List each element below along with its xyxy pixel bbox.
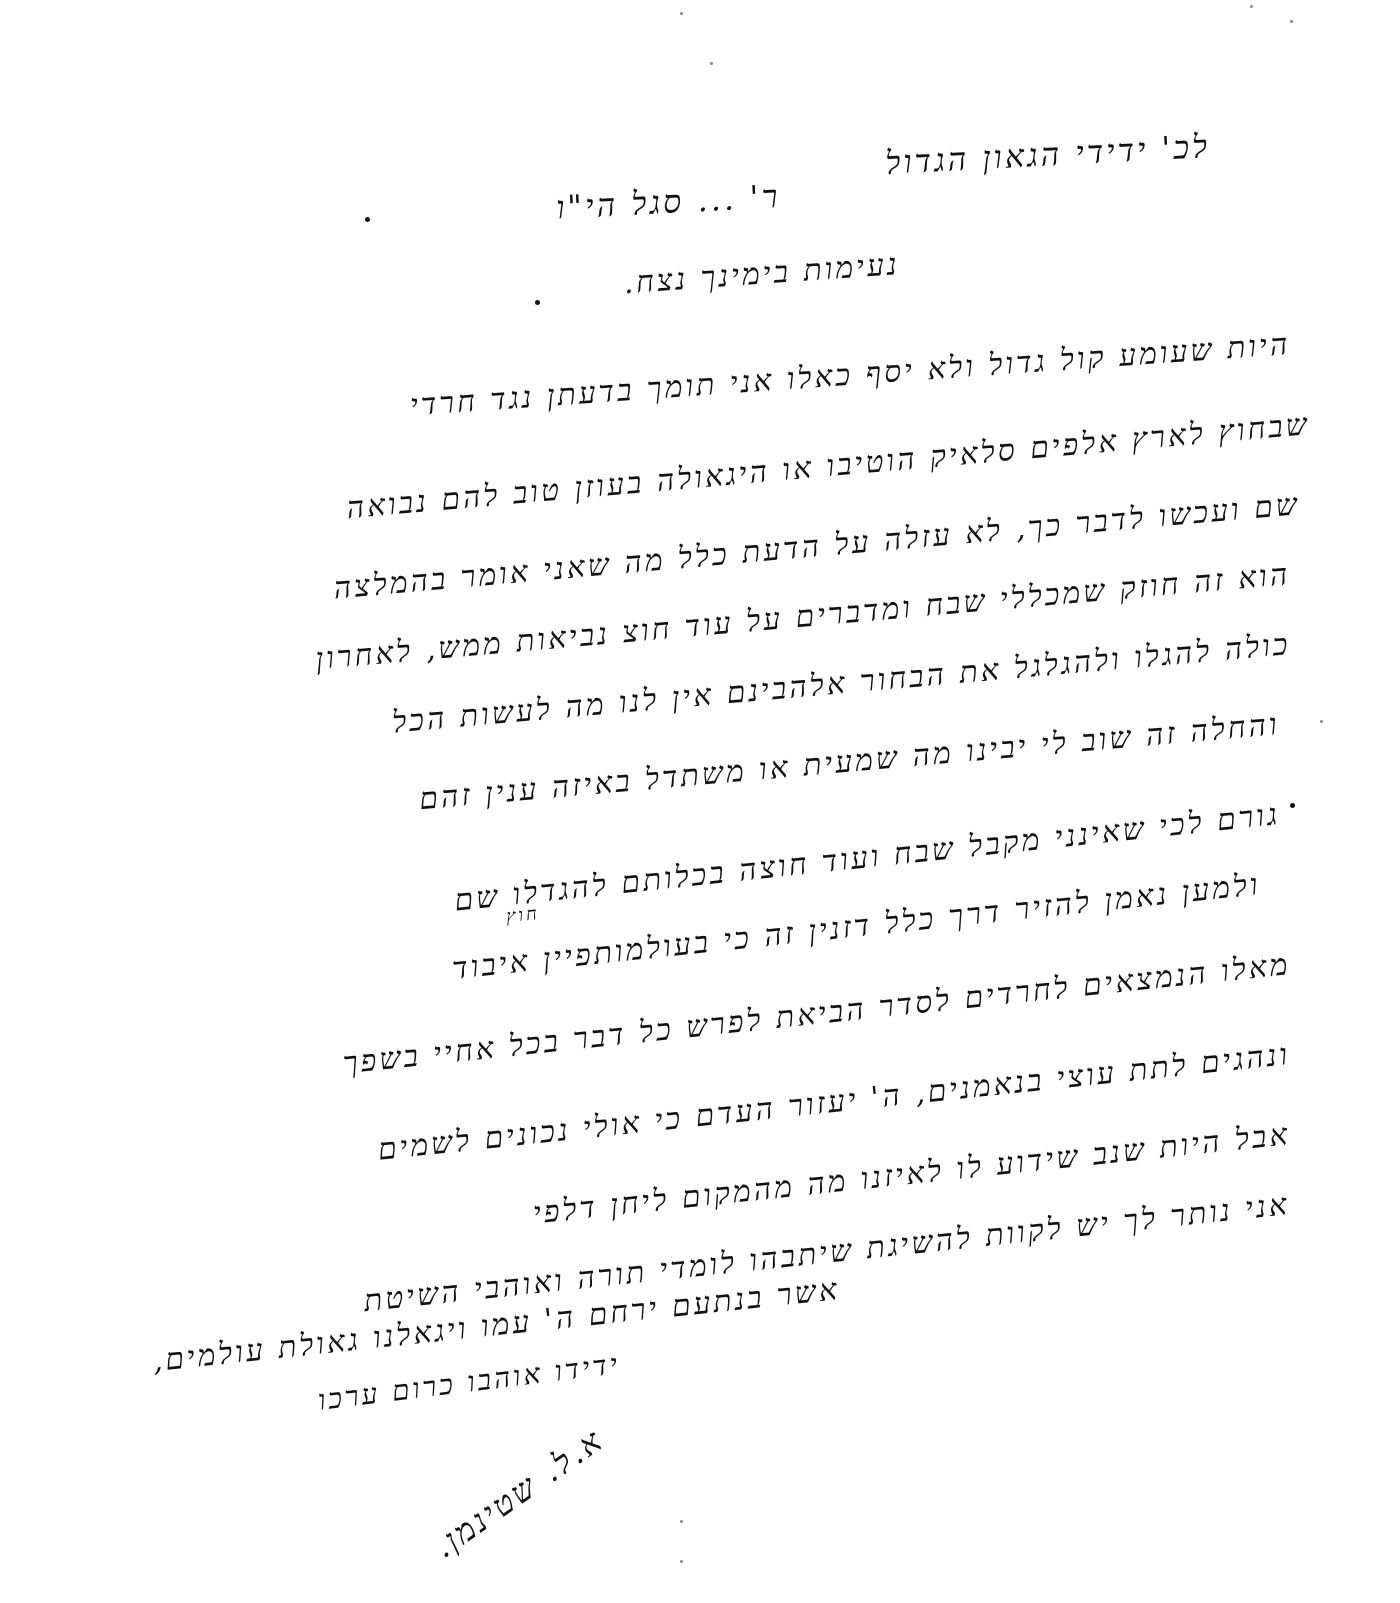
salutation-line-3: נעימות בימינך נצח. <box>623 250 901 299</box>
closing-line: ידידו אוהבו כרום ערכו <box>317 1350 622 1415</box>
signature: א.ל. שטינמן. <box>428 1423 609 1563</box>
ink-dot <box>1290 803 1295 808</box>
scan-speck <box>680 12 683 15</box>
scan-speck <box>680 1560 683 1563</box>
salutation-line-2: ר' ... סגל הי"ו <box>555 180 781 224</box>
scan-speck <box>1250 5 1253 8</box>
letter-page: לכ' ידידי הגאון הגדול ר' ... סגל הי"ו נע… <box>0 0 1400 1603</box>
scan-speck <box>680 1520 683 1523</box>
ink-dot <box>365 217 370 222</box>
interlinear-annotation: חוץ <box>506 905 541 926</box>
salutation-line-1: לכ' ידידי הגאון הגדול <box>885 130 1211 179</box>
scan-speck <box>1320 720 1323 723</box>
scan-speck <box>710 62 713 65</box>
ink-dot <box>535 300 540 305</box>
scan-speck <box>1290 20 1293 23</box>
body-line-1: היות שעומע קול גדול ולא יסף כאלו אני תומ… <box>409 330 1291 421</box>
